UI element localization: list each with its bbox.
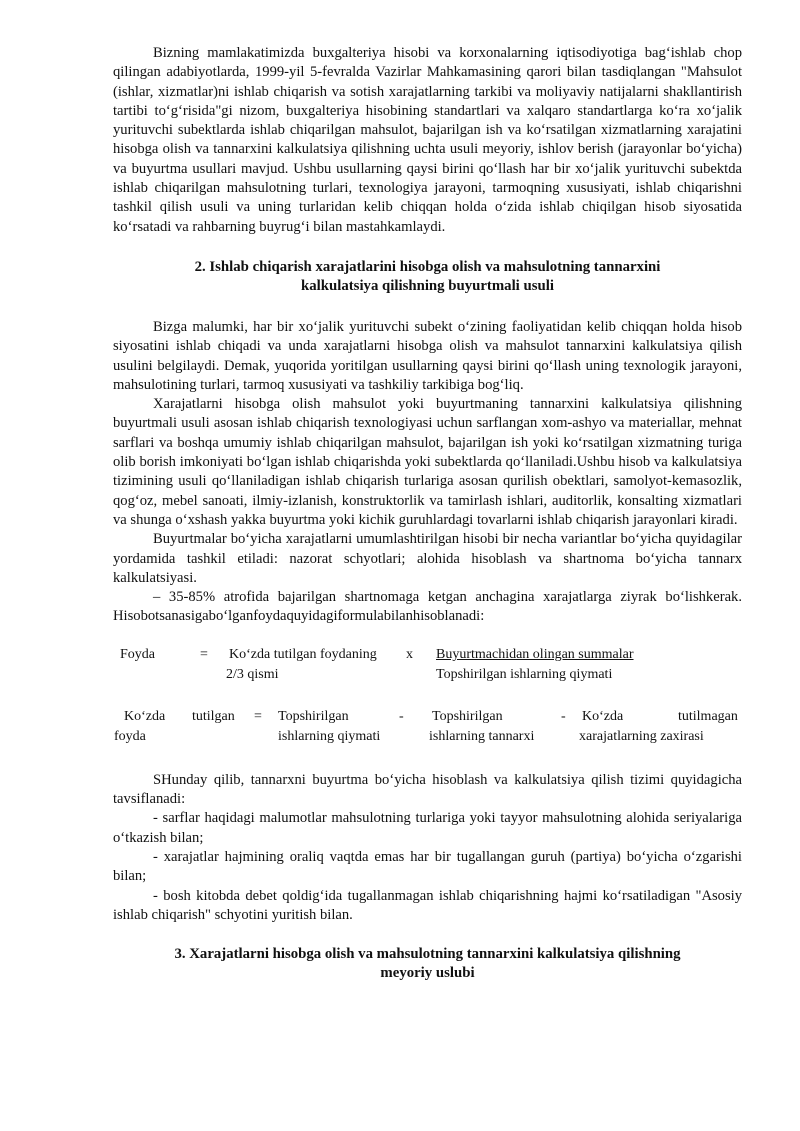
section-3-heading-line2: meyoriy uslubi [113,964,742,983]
profit-formula: Foyda = Ko‘zda tutilgan foydaning 2/3 qi… [113,647,742,687]
paragraph: – 35-85% atrofida bajarilgan shartnomaga… [113,588,742,627]
section-2-heading-line2: kalkulatsiya qilishning buyurtmali usuli [113,277,742,296]
formula-lhs: Foyda [120,647,155,663]
document-page: Bizning mamlakatimizda buxgalteriya hiso… [113,44,742,983]
formula2-equals: = [254,709,262,725]
formula2-term1-line1: Topshirilgan [278,709,349,725]
section-3-heading: 3. Xarajatlarni hisobga olish va mahsulo… [113,945,742,983]
formula-equals: = [200,647,208,663]
formula-term1-line1: Ko‘zda tutilgan foydaning [229,647,377,663]
formula-numerator: Buyurtmachidan olingan summalar [436,647,634,663]
formula2-term3-word2: tutilmagan [678,709,738,725]
formula2-minus-1: - [399,709,404,725]
formula2-lhs-word2: tutilgan [192,709,235,725]
formula-denominator: Topshirilgan ishlarning qiymati [436,667,612,683]
formula-term1-line2: 2/3 qismi [226,667,279,683]
formula2-term3-line2: xarajatlarning zaxirasi [579,729,704,745]
formula2-term2-line2: ishlarning tannarxi [429,729,534,745]
formula2-lhs-line2: foyda [114,729,146,745]
section-2-heading-line1: 2. Ishlab chiqarish xarajatlarini hisobg… [113,258,742,277]
expected-profit-formula: Ko‘zda tutilgan foyda = Topshirilgan ish… [113,709,742,749]
formula2-term1-line2: ishlarning qiymati [278,729,380,745]
formula-multiply: x [406,647,413,663]
list-item: - bosh kitobda debet qoldig‘ida tugallan… [113,887,742,926]
list-item: - sarflar haqidagi malumotlar mahsulotni… [113,809,742,848]
formula2-lhs-word1: Ko‘zda [124,709,165,725]
paragraph: Bizga malumki, har bir xo‘jalik yurituvc… [113,318,742,395]
paragraph: Xarajatlarni hisobga olish mahsulot yoki… [113,395,742,530]
list-item: - xarajatlar hajmining oraliq vaqtda ema… [113,848,742,887]
paragraph: SHunday qilib, tannarxni buyurtma bo‘yic… [113,771,742,810]
formula2-term3-word1: Ko‘zda [582,709,623,725]
paragraph: Buyurtmalar bo‘yicha xarajatlarni umumla… [113,530,742,588]
section-2-heading: 2. Ishlab chiqarish xarajatlarini hisobg… [113,258,742,296]
section-3-heading-line1: 3. Xarajatlarni hisobga olish va mahsulo… [113,945,742,964]
formula2-term2-line1: Topshirilgan [432,709,503,725]
formula2-minus-2: - [561,709,566,725]
intro-paragraph: Bizning mamlakatimizda buxgalteriya hiso… [113,44,742,237]
